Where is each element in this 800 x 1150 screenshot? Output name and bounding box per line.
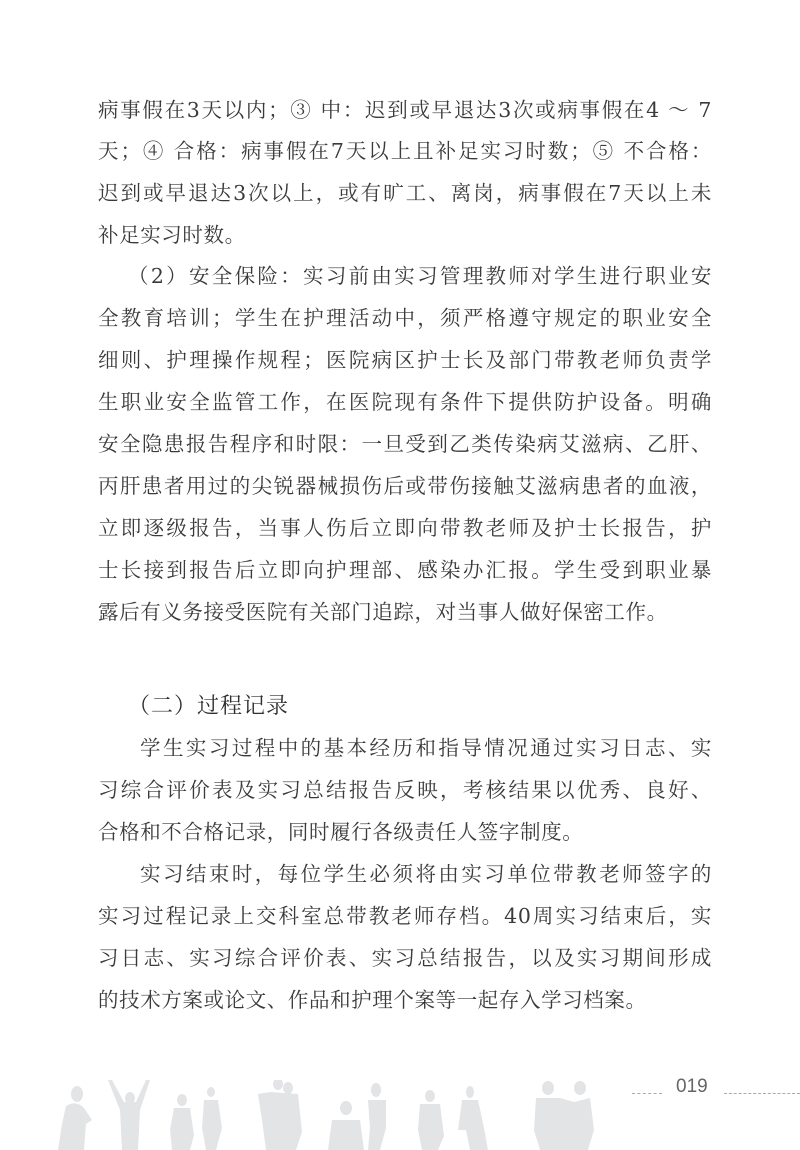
silhouettes-icon <box>0 1080 600 1150</box>
text-line: 合格和不合格记录，同时履行各级责任人签字制度。 <box>98 818 712 846</box>
text-line: 露后有义务接受医院有关部门追踪，对当事人做好保密工作。 <box>98 598 712 626</box>
text-line: 实习过程记录上交科室总带教老师存档。40周实习结束后，实 <box>98 902 712 930</box>
text-line: 士长接到报告后立即向护理部、感染办汇报。学生受到职业暴 <box>98 556 712 584</box>
text-line: 天；④ 合格：病事假在7天以上且补足实习时数；⑤ 不合格： <box>98 137 712 165</box>
page-number: 019 <box>676 1076 708 1098</box>
people-silhouettes-decoration <box>0 1080 600 1150</box>
text-line: 生职业安全监管工作，在医院现有条件下提供防护设备。明确 <box>98 388 712 416</box>
text-line: （2）安全保险：实习前由实习管理教师对学生进行职业安 <box>128 262 712 290</box>
text-line: 补足实习时数。 <box>98 221 712 249</box>
text-line: 的技术方案或论文、作品和护理个案等一起存入学习档案。 <box>98 986 712 1014</box>
text-line: 立即逐级报告，当事人伤后立即向带教老师及护士长报告，护 <box>98 514 712 542</box>
text-line: 病事假在3天以内；③ 中：迟到或早退达3次或病事假在4 ～ 7 <box>98 96 712 124</box>
text-line: 迟到或早退达3次以上，或有旷工、离岗，病事假在7天以上未 <box>98 179 712 207</box>
text-line: 学生实习过程中的基本经历和指导情况通过实习日志、实 <box>140 734 712 762</box>
footer-dash-right <box>724 1093 800 1094</box>
text-line: 细则、护理操作规程；医院病区护士长及部门带教老师负责学 <box>98 346 712 374</box>
footer-dash-left <box>632 1093 662 1094</box>
document-page: 病事假在3天以内；③ 中：迟到或早退达3次或病事假在4 ～ 7 天；④ 合格：病… <box>0 0 800 1150</box>
text-line: 全教育培训；学生在护理活动中，须严格遵守规定的职业安全 <box>98 304 712 332</box>
text-line: 习综合评价表及实习总结报告反映，考核结果以优秀、良好、 <box>98 776 712 804</box>
text-line: 丙肝患者用过的尖锐器械损伤后或带伤接触艾滋病患者的血液， <box>98 472 712 500</box>
section-heading: （二）过程记录 <box>128 692 289 722</box>
text-line: 习日志、实习综合评价表、实习总结报告，以及实习期间形成 <box>98 944 712 972</box>
text-line: 安全隐患报告程序和时限：一旦受到乙类传染病艾滋病、乙肝、 <box>98 430 712 458</box>
text-line: 实习结束时，每位学生必须将由实习单位带教老师签字的 <box>140 860 712 888</box>
